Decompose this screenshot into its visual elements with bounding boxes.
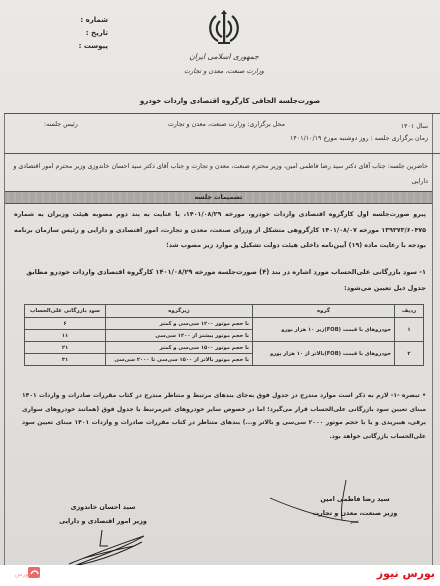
col-subgroup: زیرگروه <box>106 305 253 318</box>
group-cell: خودروهای با قیمت (FOB)زیر ۱۰ هزار یورو <box>253 318 395 342</box>
commercial-profit-table: ردیف گروه زیرگروه سود بازرگانی علی‌الحسا… <box>24 304 424 366</box>
decision-item-1: ۱- سود بازرگانی علی‌الحساب مورد اشاره در… <box>22 264 426 296</box>
meeting-year: سال ۱۴۰۱ <box>401 123 428 130</box>
emblem-caption-country: جمهوری اسلامی ایران <box>170 52 278 61</box>
date-label: تاریخ : <box>48 27 108 40</box>
subgroup-cell: با حجم موتور ۱۵۰۰ سی‌سی و کمتر <box>106 342 253 354</box>
table-row: ۱ خودروهای با قیمت (FOB)زیر ۱۰ هزار یورو… <box>25 318 424 330</box>
col-profit: سود بازرگانی علی‌الحساب <box>25 305 106 318</box>
decisions-heading: تصمیمات جلسه <box>5 191 432 204</box>
note-paragraph: • تبصره -۱- لازم به ذکر است موارد مندرج … <box>22 389 426 443</box>
signatory-title: وزیر امور اقتصادی و دارایی <box>48 514 158 528</box>
svg-text:بورس: بورس <box>15 571 30 578</box>
meeting-chair: رئیس جلسه: <box>44 121 78 128</box>
signature-scribble-icon <box>268 480 388 530</box>
table-header-row: ردیف گروه زیرگروه سود بازرگانی علی‌الحسا… <box>25 305 424 318</box>
document-meta: شماره : تاریخ : پیوست : <box>48 14 108 53</box>
subgroup-cell: با حجم موتور بیشتر از ۱۲۰۰ سی‌سی <box>106 330 253 342</box>
divider <box>4 153 440 154</box>
signature-scribble-icon <box>64 528 154 565</box>
profit-cell: ۶ <box>25 318 106 330</box>
attachment-label: پیوست : <box>48 40 108 53</box>
meeting-venue: محل برگزاری: وزارت صنعت، معدن و تجارت <box>168 121 285 128</box>
signature-block-finance-minister: سید احسان خاندوزی وزیر امور اقتصادی و دا… <box>48 500 158 528</box>
meeting-attendees: حاضرین جلسه: جناب آقای دکتر سید رضا فاطم… <box>10 159 428 189</box>
decisions-intro: پیرو صورت‌جلسه اول کارگروه اقتصادی واردا… <box>14 207 426 254</box>
document-title: صورت‌جلسه الحاقی کارگروه اقتصادی واردات … <box>80 97 380 105</box>
number-label: شماره : <box>48 14 108 27</box>
divider <box>4 113 440 114</box>
signatory-name: سید احسان خاندوزی <box>48 500 158 514</box>
row-number: ۱ <box>395 318 424 342</box>
frame-border <box>432 114 433 565</box>
subgroup-cell: با حجم موتور ۱۲۰۰ سی‌سی و کمتر <box>106 318 253 330</box>
news-logo-icon: بورس <box>14 566 44 580</box>
col-row: ردیف <box>395 305 424 318</box>
document-page: شماره : تاریخ : پیوست : جمهوری اسلامی ای… <box>0 0 440 565</box>
meeting-time: زمان برگزاری جلسه : روز دوشنبه مورخ ۱۴۰۱… <box>290 135 428 142</box>
iran-emblem-icon <box>204 8 244 48</box>
subgroup-cell: با حجم موتور بالاتر از ۱۵۰۰ سی‌سی تا ۲۰۰… <box>106 354 253 366</box>
frame-border <box>4 114 5 565</box>
table-row: ۲ خودروهای با قیمت (FOB)بالاتر از ۱۰ هزا… <box>25 342 424 354</box>
emblem-caption-ministry: وزارت صنعت، معدن و تجارت <box>170 67 278 75</box>
profit-cell: ۱۱ <box>25 330 106 342</box>
col-group: گروه <box>253 305 395 318</box>
profit-cell: ۳۱ <box>25 354 106 366</box>
row-number: ۲ <box>395 342 424 366</box>
group-cell: خودروهای با قیمت (FOB)بالاتر از ۱۰ هزار … <box>253 342 395 366</box>
watermark-brand: بورس نیوز <box>355 567 435 580</box>
profit-cell: ۲۱ <box>25 342 106 354</box>
